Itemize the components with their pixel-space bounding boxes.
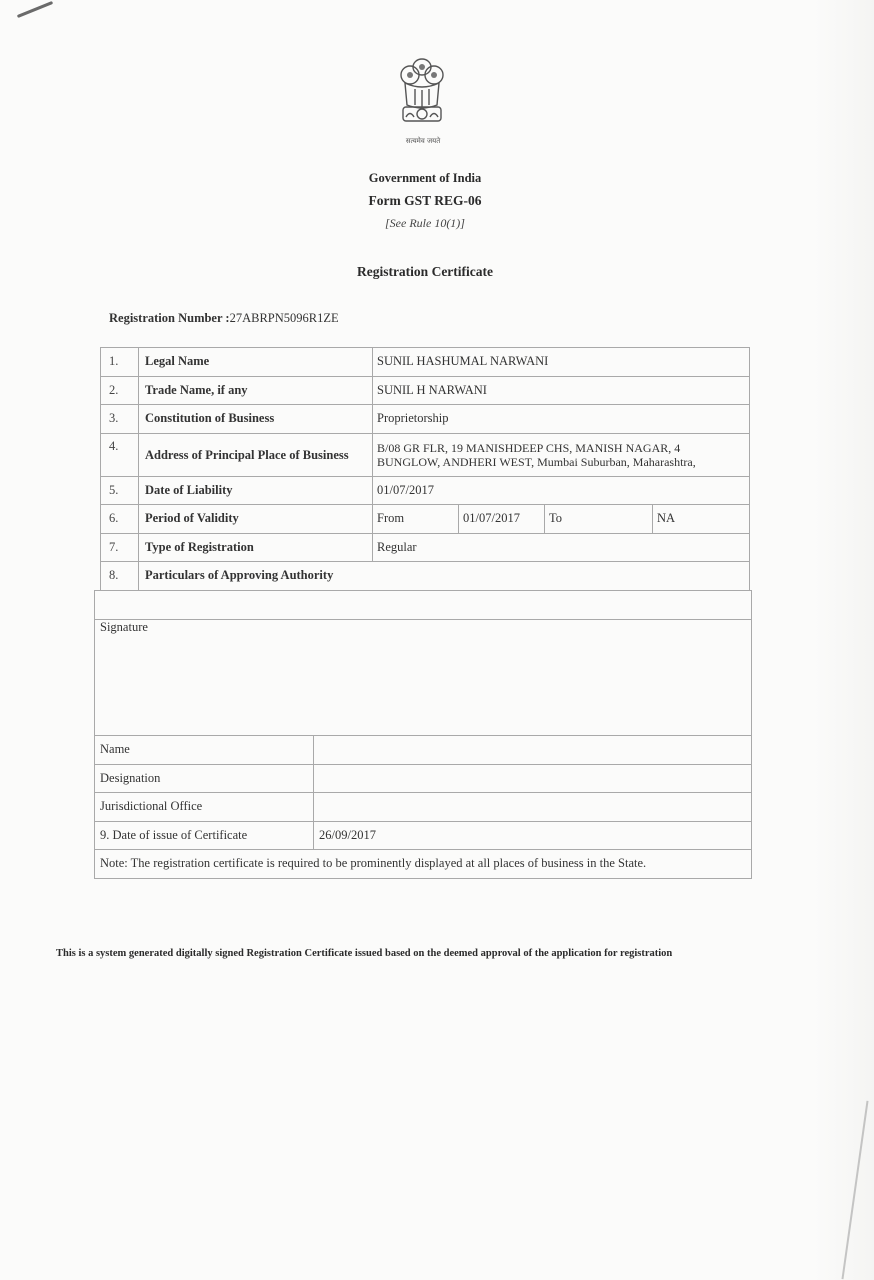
table-row: 1. Legal Name SUNIL HASHUMAL NARWANI bbox=[101, 348, 750, 377]
validity-to-value: NA bbox=[653, 505, 750, 534]
display-note: Note: The registration certificate is re… bbox=[95, 850, 752, 879]
certificate-title: Registration Certificate bbox=[0, 264, 850, 280]
registration-type-value: Regular bbox=[373, 533, 750, 562]
national-emblem-icon bbox=[395, 55, 449, 135]
table-row: 3. Constitution of Business Proprietorsh… bbox=[101, 405, 750, 434]
jurisdictional-office-value bbox=[314, 793, 752, 822]
trade-name-value: SUNIL H NARWANI bbox=[373, 376, 750, 405]
validity-from-label: From bbox=[373, 505, 459, 534]
registration-type-label: Type of Registration bbox=[139, 533, 373, 562]
table-row: 7. Type of Registration Regular bbox=[101, 533, 750, 562]
issue-date-label: 9. Date of issue of Certificate bbox=[95, 821, 314, 850]
name-value bbox=[314, 736, 752, 765]
validity-from-value: 01/07/2017 bbox=[459, 505, 545, 534]
designation-value bbox=[314, 764, 752, 793]
government-heading: Government of India bbox=[0, 171, 850, 186]
constitution-label: Constitution of Business bbox=[139, 405, 373, 434]
table-row: Name bbox=[95, 736, 752, 765]
pencil-mark bbox=[17, 1, 53, 18]
address-value: B/08 GR FLR, 19 MANISHDEEP CHS, MANISH N… bbox=[373, 433, 750, 476]
constitution-value: Proprietorship bbox=[373, 405, 750, 434]
table-row: 6. Period of Validity From 01/07/2017 To… bbox=[101, 505, 750, 534]
approving-authority-label: Particulars of Approving Authority bbox=[139, 562, 750, 591]
date-of-liability-label: Date of Liability bbox=[139, 476, 373, 505]
table-row: 5. Date of Liability 01/07/2017 bbox=[101, 476, 750, 505]
signature-label: Signature bbox=[95, 620, 752, 736]
address-label: Address of Principal Place of Business bbox=[139, 433, 373, 476]
table-row: Note: The registration certificate is re… bbox=[95, 850, 752, 879]
legal-name-label: Legal Name bbox=[139, 348, 373, 377]
table-row: 2. Trade Name, if any SUNIL H NARWANI bbox=[101, 376, 750, 405]
trade-name-label: Trade Name, if any bbox=[139, 376, 373, 405]
approving-authority-table: Signature Name Designation Jurisdictiona… bbox=[94, 590, 752, 879]
designation-label: Designation bbox=[95, 764, 314, 793]
rule-reference: [See Rule 10(1)] bbox=[0, 216, 850, 231]
registration-number: Registration Number :27ABRPN5096R1ZE bbox=[109, 311, 339, 326]
validity-to-label: To bbox=[545, 505, 653, 534]
table-row: Jurisdictional Office bbox=[95, 793, 752, 822]
name-label: Name bbox=[95, 736, 314, 765]
table-row: 4. Address of Principal Place of Busines… bbox=[101, 433, 750, 476]
jurisdictional-office-label: Jurisdictional Office bbox=[95, 793, 314, 822]
registration-number-label: Registration Number : bbox=[109, 311, 230, 325]
registration-details-table: 1. Legal Name SUNIL HASHUMAL NARWANI 2. … bbox=[100, 347, 750, 591]
table-row: Designation bbox=[95, 764, 752, 793]
blank-row bbox=[95, 591, 752, 620]
table-row: 8. Particulars of Approving Authority bbox=[101, 562, 750, 591]
signature-row: Signature bbox=[95, 620, 752, 736]
system-generated-note: This is a system generated digitally sig… bbox=[56, 941, 756, 966]
page-edge-shadow bbox=[814, 0, 874, 1280]
registration-number-value: 27ABRPN5096R1ZE bbox=[230, 311, 339, 325]
issue-date-value: 26/09/2017 bbox=[314, 821, 752, 850]
table-row: 9. Date of issue of Certificate 26/09/20… bbox=[95, 821, 752, 850]
legal-name-value: SUNIL HASHUMAL NARWANI bbox=[373, 348, 750, 377]
date-of-liability-value: 01/07/2017 bbox=[373, 476, 750, 505]
emblem-motto: सत्यमेव जयते bbox=[400, 137, 446, 146]
form-title: Form GST REG-06 bbox=[0, 193, 850, 209]
validity-label: Period of Validity bbox=[139, 505, 373, 534]
